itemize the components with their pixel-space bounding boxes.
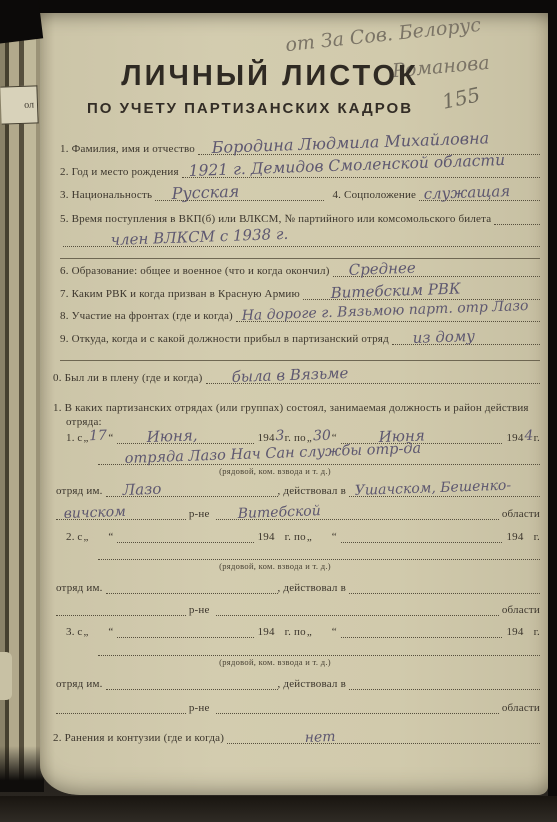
field-education-value: Среднее — [349, 259, 417, 279]
field-education-line: Среднее — [333, 259, 540, 277]
field-fronts-line: На дороге г. Вязьмою парт. отр Лазо — [236, 304, 540, 322]
form-subtitle: ПО УЧЕТУ ПАРТИЗАНСКИХ КАДРОВ — [40, 100, 460, 117]
page-fragment-chip: ол — [0, 85, 38, 124]
entry3-acted-cont-line — [56, 696, 186, 714]
entry3-caption: (рядовой, ком. взвода и т. д.) — [175, 657, 375, 667]
entry3-to-openquote: „ — [306, 626, 313, 638]
entry1-acted-value: Ушачском, Бешенко- — [354, 478, 511, 499]
entry2-from-month-line — [117, 525, 253, 543]
form-page: от За Сов. Белорус Романова 155 ЛИЧНЫЙ Л… — [40, 12, 548, 795]
page-fragment-chip-lower — [0, 652, 12, 700]
entry3-to-month-line — [341, 620, 503, 638]
field-socposition-value: служащая — [423, 182, 510, 203]
entry1-gpo-label: г. по — [285, 432, 306, 444]
entry1-from-closequote: “ — [107, 432, 114, 444]
entry3-dates-row: 3. с „“ 194 г. по „“ 194 г. — [66, 621, 540, 638]
field-wounds: 2. Ранения и контузии (где и когда) нет — [53, 727, 540, 744]
entry1-from-year-digit: 3 — [274, 428, 285, 444]
entry1-acted-cont-line: вичском — [56, 502, 186, 520]
scanner-background-top — [0, 0, 557, 13]
field-nationality-socposition: 3. Национальность Русская 4. Соцположени… — [60, 184, 540, 201]
entry2-position-row — [95, 543, 540, 560]
field-fronts-value: На дороге г. Вязьмою парт. отр Лазо — [241, 298, 528, 324]
field-rvk-line: Витебским РВК — [303, 282, 540, 300]
field-captivity: 0. Был ли в плену (где и когда) была в В… — [53, 367, 540, 384]
entry3-district-row: р-не области — [56, 697, 540, 714]
field-surname-label: 1. Фамилия, имя и отчество — [60, 143, 195, 155]
scanner-background-bottom — [0, 796, 557, 822]
field-birth: 2. Год и место рождения 1921 г. Демидов … — [60, 161, 540, 178]
entry2-oblast-label: области — [502, 604, 540, 616]
entry1-position-row: отряда Лазо Нач Сан службы отр-да — [95, 448, 540, 465]
entry3-from-openquote: „ — [83, 626, 90, 638]
entry3-otryad-label: отряд им. — [56, 678, 103, 690]
entry2-rne-label: р-не — [189, 604, 210, 616]
entry2-to-month-line — [341, 525, 503, 543]
field-party-line — [494, 207, 540, 225]
entry1-acted-line: Ушачском, Бешенко- — [349, 479, 540, 497]
field-party-label: 5. Время поступления в ВКП(б) или ВЛКСМ,… — [60, 213, 491, 225]
entry2-otryad-row: отряд им. , действовал в — [56, 577, 540, 594]
entry1-to-openquote: „ — [306, 432, 313, 444]
field-rvk-value: Витебским РВК — [331, 279, 461, 302]
entry1-to-year-printed: 194 — [506, 432, 523, 444]
field-nationality-label: 3. Национальность — [60, 189, 152, 201]
entry2-dates-row: 2. с „“ 194 г. по „“ 194 г. — [66, 526, 540, 543]
entry3-otryad-row: отряд им. , действовал в — [56, 673, 540, 690]
field-captivity-label: 0. Был ли в плену (где и когда) — [53, 372, 203, 384]
entry1-otryad-row: отряд им. Лазо , действовал в Ушачском, … — [56, 480, 540, 497]
field-arrival-line: из дому — [392, 327, 540, 345]
form-title: ЛИЧНЫЙ ЛИСТОК — [95, 60, 445, 93]
field-socposition-label: 4. Соцположение — [332, 189, 416, 201]
entry1-from-month: Июня, — [147, 426, 198, 446]
entry1-caption: (рядовой, ком. взвода и т. д.) — [175, 466, 375, 476]
entry2-number: 2. — [66, 531, 75, 543]
entry2-otryad-line — [106, 576, 278, 594]
entry3-from-closequote: “ — [107, 626, 114, 638]
field-party-value: член ВЛКСМ с 1938 г. — [110, 225, 288, 249]
entry3-acted-label: , действовал в — [278, 678, 346, 690]
entry1-from-month-line: Июня, — [117, 426, 253, 444]
entry3-position-line — [98, 638, 540, 656]
field-arrival: 9. Откуда, когда и с какой должности при… — [60, 328, 540, 345]
field-arrival-value: из дому — [412, 327, 475, 347]
entry1-acted-cont: вичском — [63, 504, 126, 522]
entry1-rne-label: р-не — [189, 508, 210, 520]
field-party-value-row: член ВЛКСМ с 1938 г. — [60, 230, 540, 247]
entry3-number: 3. — [66, 626, 75, 638]
field-party: 5. Время поступления в ВКП(б) или ВЛКСМ,… — [60, 208, 540, 225]
field-wounds-line: нет — [227, 726, 540, 744]
entry1-to-day: 30 — [312, 428, 331, 445]
entry2-district-row: р-не области — [56, 599, 540, 616]
entry1-district-value: Витебской — [238, 503, 322, 522]
entry1-to-month-line: Июня — [341, 426, 503, 444]
entry3-rne-label: р-не — [189, 702, 210, 714]
entry2-acted-cont-line — [56, 598, 186, 616]
field-rvk: 7. Каким РВК и когда призван в Красную А… — [60, 283, 540, 300]
entry3-otryad-line — [106, 672, 278, 690]
field-socposition-line: служащая — [419, 183, 540, 201]
entry3-from-month-line — [117, 620, 253, 638]
entry3-g-label: г. — [534, 626, 540, 638]
scanner-background-right — [548, 0, 557, 822]
entry2-otryad-label: отряд им. — [56, 582, 103, 594]
entry1-oblast-label: области — [502, 508, 540, 520]
field-wounds-value: нет — [305, 729, 336, 746]
field-education-label: 6. Образование: общее и военное (что и к… — [60, 265, 330, 277]
entry3-position-row — [95, 639, 540, 656]
entry1-district-row: вичском р-не Витебской области — [56, 503, 540, 520]
entry1-acted-label: , действовал в — [278, 485, 346, 497]
entry3-gpo-label: г. по — [285, 626, 306, 638]
entry2-position-line — [98, 542, 540, 560]
entry1-from-day: 17 — [89, 428, 108, 445]
entry3-acted-line — [349, 672, 540, 690]
entry3-from-year-printed: 194 — [258, 626, 275, 638]
entry1-to-closequote: “ — [331, 432, 338, 444]
field-captivity-line: была в Вязьме — [206, 366, 541, 384]
entry2-acted-label: , действовал в — [278, 582, 346, 594]
entry3-oblast-label: области — [502, 702, 540, 714]
entry1-otryad-line: Лазо — [106, 479, 278, 497]
entry2-caption: (рядовой, ком. взвода и т. д.) — [175, 561, 375, 571]
field-fronts-label: 8. Участие на фронтах (где и когда) — [60, 310, 233, 322]
field-birth-line: 1921 г. Демидов Смоленской области — [182, 160, 540, 178]
entry3-to-year-printed: 194 — [506, 626, 523, 638]
pencil-note-brigade: от За Сов. Белорус — [284, 14, 482, 56]
entry1-otryad-label: отряд им. — [56, 485, 103, 497]
entry1-to-year-digit: 4 — [523, 428, 534, 444]
field-nationality-value: Русская — [171, 182, 239, 203]
field-rvk-label: 7. Каким РВК и когда призван в Красную А… — [60, 288, 300, 300]
field-party-value-line: член ВЛКСМ с 1938 г. — [63, 229, 540, 247]
blank-rule-2 — [60, 360, 540, 361]
entry1-g-label: г. — [534, 432, 540, 444]
entry2-acted-line — [349, 576, 540, 594]
field-education: 6. Образование: общее и военное (что и к… — [60, 260, 540, 277]
entry3-district-line — [216, 696, 499, 714]
fragment-text: ол — [24, 99, 34, 110]
scanner-corner-top-left — [0, 0, 43, 45]
entry1-district-line: Витебской — [216, 502, 499, 520]
entry1-from-year-printed: 194 — [258, 432, 275, 444]
entry1-position-line: отряда Лазо Нач Сан службы отр-да — [98, 447, 540, 465]
entry1-dates-row: 1. с „17“ Июня, 1943 г. по „30“ Июня 194… — [66, 427, 540, 444]
field-captivity-value: была в Вязьме — [232, 364, 349, 386]
field-wounds-label: 2. Ранения и контузии (где и когда) — [53, 732, 224, 744]
field-fronts: 8. Участие на фронтах (где и когда) На д… — [60, 305, 540, 322]
field-birth-label: 2. Год и место рождения — [60, 166, 179, 178]
field-nationality-line: Русская — [155, 183, 324, 201]
entry2-from-openquote: „ — [83, 531, 90, 543]
entry2-district-line — [216, 598, 499, 616]
field-arrival-label: 9. Откуда, когда и с какой должности при… — [60, 333, 389, 345]
entry1-number: 1. — [66, 432, 75, 444]
entry1-otryad-name: Лазо — [122, 480, 161, 499]
entry3-to-closequote: “ — [331, 626, 338, 638]
